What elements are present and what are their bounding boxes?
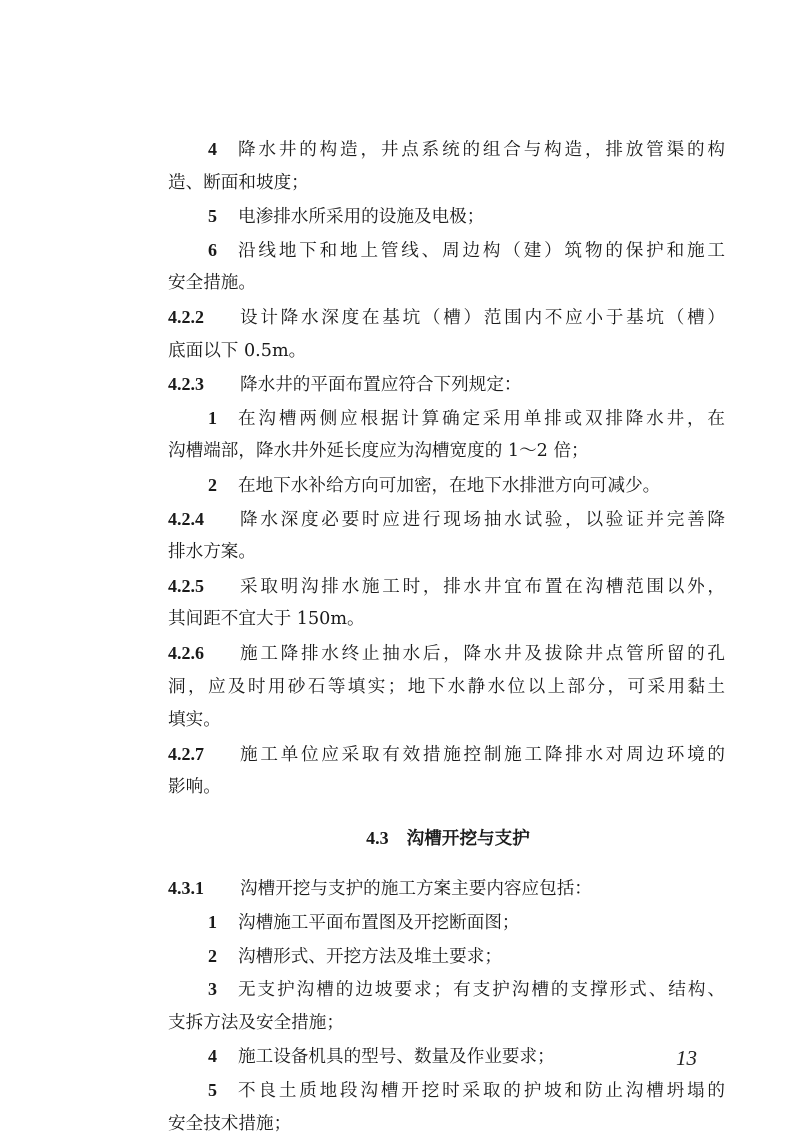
clause-number: 4.2.6 (168, 637, 240, 671)
list-item: 5电渗排水所采用的设施及电极； (168, 200, 728, 234)
text-line: 4.2.3降水井的平面布置应符合下列规定： (168, 368, 728, 402)
text-line: 沟槽端部，降水井外延长度应为沟槽宽度的 1～2 倍； (168, 435, 728, 469)
clause: 4.2.6施工降排水终止抽水后，降水井及拔除井点管所留的孔洞，应及时用砂石等填实… (168, 637, 728, 738)
text-line: 4.2.5采取明沟排水施工时，排水井宜布置在沟槽范围以外， (168, 570, 728, 604)
list-item: 4降水井的构造，井点系统的组合与构造，排放管渠的构造、断面和坡度； (168, 133, 728, 200)
text-line: 6沿线地下和地上管线、周边构（建）筑物的保护和施工 (168, 234, 728, 268)
list-item: 3无支护沟槽的边坡要求；有支护沟槽的支撑形式、结构、支拆方法及安全措施； (168, 973, 728, 1040)
line-text: 施工降排水终止抽水后，降水井及拔除井点管所留的孔 (240, 638, 725, 672)
text-line: 2沟槽形式、开挖方法及堆土要求； (168, 940, 728, 974)
text-line: 4.2.6施工降排水终止抽水后，降水井及拔除井点管所留的孔 (168, 637, 728, 671)
line-text: 采取明沟排水施工时，排水井宜布置在沟槽范围以外， (240, 571, 725, 605)
line-text: 沟槽端部，降水井外延长度应为沟槽宽度的 1～2 倍； (168, 441, 589, 461)
item-number: 4 (208, 1040, 238, 1074)
line-text: 洞，应及时用砂石等填实；地下水静水位以上部分，可采用黏土 (168, 671, 725, 705)
text-line: 洞，应及时用砂石等填实；地下水静水位以上部分，可采用黏土 (168, 671, 728, 705)
text-line: 5不良土质地段沟槽开挖时采取的护坡和防止沟槽坍塌的 (168, 1074, 728, 1108)
clause: 4.2.7施工单位应采取有效措施控制施工降排水对周边环境的影响。 (168, 738, 728, 805)
clause-number: 4.3.1 (168, 872, 240, 906)
text-line: 填实。 (168, 704, 728, 738)
line-text: 在地下水补给方向可加密，在地下水排泄方向可减少。 (238, 476, 660, 496)
list-item: 2在地下水补给方向可加密，在地下水排泄方向可减少。 (168, 469, 728, 503)
line-text: 不良土质地段沟槽开挖时采取的护坡和防止沟槽坍塌的 (238, 1075, 725, 1109)
clause: 4.2.4降水深度必要时应进行现场抽水试验，以验证并完善降排水方案。 (168, 503, 728, 570)
line-text: 施工设备机具的型号、数量及作业要求； (238, 1047, 555, 1067)
line-text: 沟槽形式、开挖方法及堆土要求； (238, 947, 502, 967)
line-text: 沟槽施工平面布置图及开挖断面图； (238, 913, 520, 933)
text-line: 5电渗排水所采用的设施及电极； (168, 200, 728, 234)
text-line: 4.2.4降水深度必要时应进行现场抽水试验，以验证并完善降 (168, 503, 728, 537)
document-page: 4降水井的构造，井点系统的组合与构造，排放管渠的构造、断面和坡度；5电渗排水所采… (0, 0, 800, 1135)
list-item: 4施工设备机具的型号、数量及作业要求； (168, 1040, 728, 1074)
text-line: 底面以下 0.5m。 (168, 335, 728, 369)
text-line: 2在地下水补给方向可加密，在地下水排泄方向可减少。 (168, 469, 728, 503)
clause: 4.2.3降水井的平面布置应符合下列规定： (168, 368, 728, 402)
line-text: 填实。 (168, 710, 221, 730)
clause-number: 4.2.5 (168, 570, 240, 604)
text-line: 安全措施。 (168, 267, 728, 301)
clause-number: 4.2.7 (168, 738, 240, 772)
line-text: 施工单位应采取有效措施控制施工降排水对周边环境的 (240, 739, 725, 773)
text-line: 4.2.2设计降水深度在基坑（槽）范围内不应小于基坑（槽） (168, 301, 728, 335)
clause-number: 4.2.4 (168, 503, 240, 537)
line-text: 降水深度必要时应进行现场抽水试验，以验证并完善降 (240, 504, 725, 538)
text-line: 4施工设备机具的型号、数量及作业要求； (168, 1040, 728, 1074)
text-line: 3无支护沟槽的边坡要求；有支护沟槽的支撑形式、结构、 (168, 973, 728, 1007)
page-number: 13 (676, 1046, 697, 1071)
item-number: 4 (208, 133, 238, 167)
line-text: 影响。 (168, 777, 221, 797)
list-item: 6沿线地下和地上管线、周边构（建）筑物的保护和施工安全措施。 (168, 234, 728, 301)
item-number: 2 (208, 469, 238, 503)
line-text: 安全技术措施； (168, 1114, 291, 1134)
clause-number: 4.2.3 (168, 368, 240, 402)
item-number: 5 (208, 200, 238, 234)
line-text: 沟槽开挖与支护的施工方案主要内容应包括： (240, 879, 592, 899)
list-item: 5不良土质地段沟槽开挖时采取的护坡和防止沟槽坍塌的安全技术措施； (168, 1074, 728, 1135)
line-text: 底面以下 0.5m。 (168, 341, 306, 361)
clause-number: 4.2.2 (168, 301, 240, 335)
line-text: 造、断面和坡度； (168, 173, 309, 193)
page-content: 4降水井的构造，井点系统的组合与构造，排放管渠的构造、断面和坡度；5电渗排水所采… (168, 133, 728, 1135)
text-line: 1在沟槽两侧应根据计算确定采用单排或双排降水井，在 (168, 402, 728, 436)
text-line: 排水方案。 (168, 536, 728, 570)
line-text: 无支护沟槽的边坡要求；有支护沟槽的支撑形式、结构、 (238, 974, 725, 1008)
text-line: 其间距不宜大于 150m。 (168, 603, 728, 637)
line-text: 安全措施。 (168, 273, 256, 293)
item-number: 5 (208, 1074, 238, 1108)
section-title: 沟槽开挖与支护 (407, 829, 530, 849)
list-item: 2沟槽形式、开挖方法及堆土要求； (168, 940, 728, 974)
line-text: 降水井的平面布置应符合下列规定： (240, 375, 522, 395)
text-line: 4降水井的构造，井点系统的组合与构造，排放管渠的构 (168, 133, 728, 167)
item-number: 1 (208, 906, 238, 940)
text-line: 4.2.7施工单位应采取有效措施控制施工降排水对周边环境的 (168, 738, 728, 772)
section-number: 4.3 (366, 828, 389, 848)
item-number: 2 (208, 940, 238, 974)
text-line: 4.3.1沟槽开挖与支护的施工方案主要内容应包括： (168, 872, 728, 906)
item-number: 1 (208, 402, 238, 436)
item-number: 3 (208, 973, 238, 1007)
clause: 4.2.5采取明沟排水施工时，排水井宜布置在沟槽范围以外，其间距不宜大于 150… (168, 570, 728, 637)
item-number: 6 (208, 234, 238, 268)
list-item: 1沟槽施工平面布置图及开挖断面图； (168, 906, 728, 940)
text-line: 安全技术措施； (168, 1108, 728, 1135)
list-item: 1在沟槽两侧应根据计算确定采用单排或双排降水井，在沟槽端部，降水井外延长度应为沟… (168, 402, 728, 469)
text-line: 造、断面和坡度； (168, 167, 728, 201)
line-text: 其间距不宜大于 150m。 (168, 609, 365, 629)
clause: 4.3.1沟槽开挖与支护的施工方案主要内容应包括： (168, 872, 728, 906)
line-text: 降水井的构造，井点系统的组合与构造，排放管渠的构 (238, 134, 725, 168)
line-text: 设计降水深度在基坑（槽）范围内不应小于基坑（槽） (240, 302, 725, 336)
section-heading: 4.3沟槽开挖与支护 (168, 822, 728, 856)
text-line: 1沟槽施工平面布置图及开挖断面图； (168, 906, 728, 940)
text-line: 支拆方法及安全措施； (168, 1007, 728, 1041)
line-text: 沿线地下和地上管线、周边构（建）筑物的保护和施工 (238, 235, 725, 269)
line-text: 支拆方法及安全措施； (168, 1013, 344, 1033)
line-text: 电渗排水所采用的设施及电极； (238, 207, 484, 227)
line-text: 在沟槽两侧应根据计算确定采用单排或双排降水井，在 (238, 403, 725, 437)
clause: 4.2.2设计降水深度在基坑（槽）范围内不应小于基坑（槽）底面以下 0.5m。 (168, 301, 728, 368)
text-line: 影响。 (168, 771, 728, 805)
line-text: 排水方案。 (168, 542, 256, 562)
